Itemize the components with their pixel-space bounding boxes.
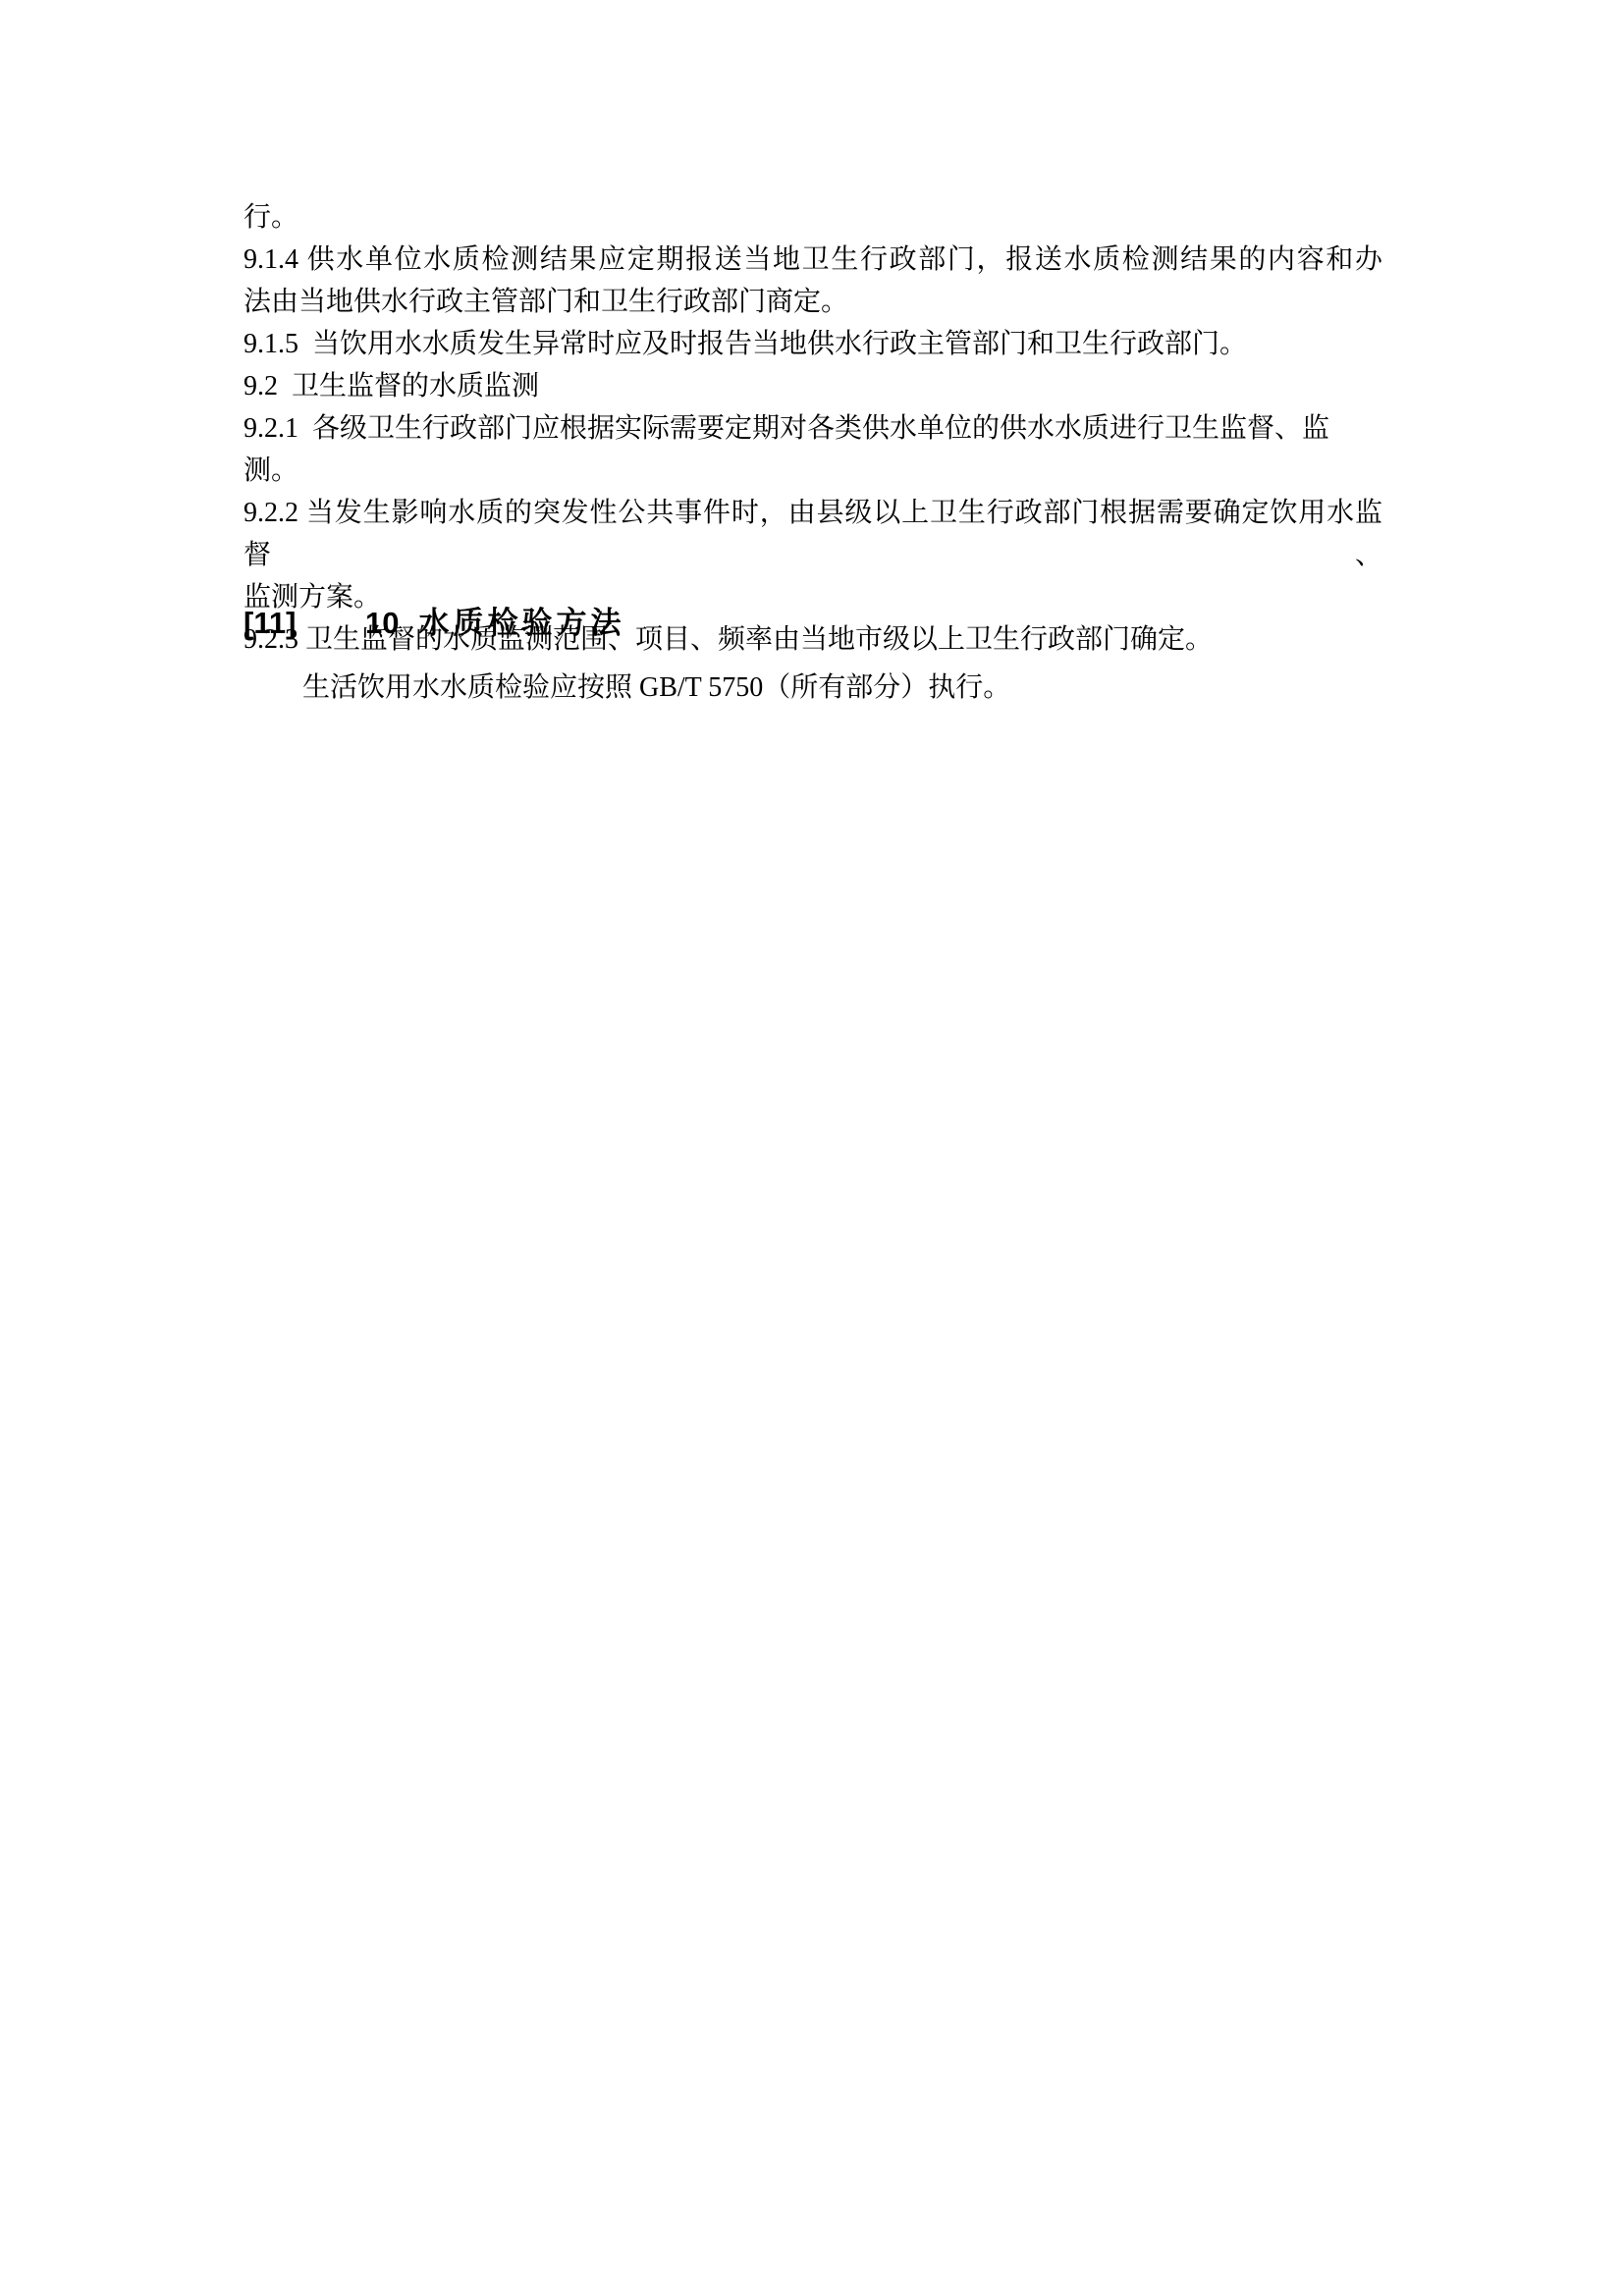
- body-line: 行。: [244, 196, 1382, 239]
- document-body: 行。 9.1.4 供水单位水质检测结果应定期报送当地卫生行政部门，报送水质检测结…: [244, 196, 1382, 661]
- body-line: 9.1.4 供水单位水质检测结果应定期报送当地卫生行政部门，报送水质检测结果的内…: [244, 239, 1382, 281]
- body-line: 9.2.2 当发生影响水质的突发性公共事件时，由县级以上卫生行政部门根据需要确定…: [244, 492, 1382, 576]
- body-line: 9.2.1 各级卫生行政部门应根据实际需要定期对各类供水单位的供水水质进行卫生监…: [244, 407, 1382, 492]
- body-line: 9.2 卫生监督的水质监测: [244, 365, 1382, 407]
- body-line: 9.1.5 当饮用水水质发生异常时应及时报告当地供水行政主管部门和卫生行政部门。: [244, 323, 1382, 365]
- page: 行。 9.1.4 供水单位水质检测结果应定期报送当地卫生行政部门，报送水质检测结…: [0, 0, 1624, 2296]
- heading-title: 水质检验方法: [418, 606, 624, 640]
- body-line: 法由当地供水行政主管部门和卫生行政部门商定。: [244, 281, 1382, 323]
- section-heading: [11]10水质检验方法: [244, 601, 1382, 646]
- body-paragraph: 生活饮用水水质检验应按照 GB/T 5750（所有部分）执行。: [302, 667, 1412, 709]
- heading-marker: [11]: [244, 601, 365, 646]
- heading-number: 10: [365, 606, 399, 640]
